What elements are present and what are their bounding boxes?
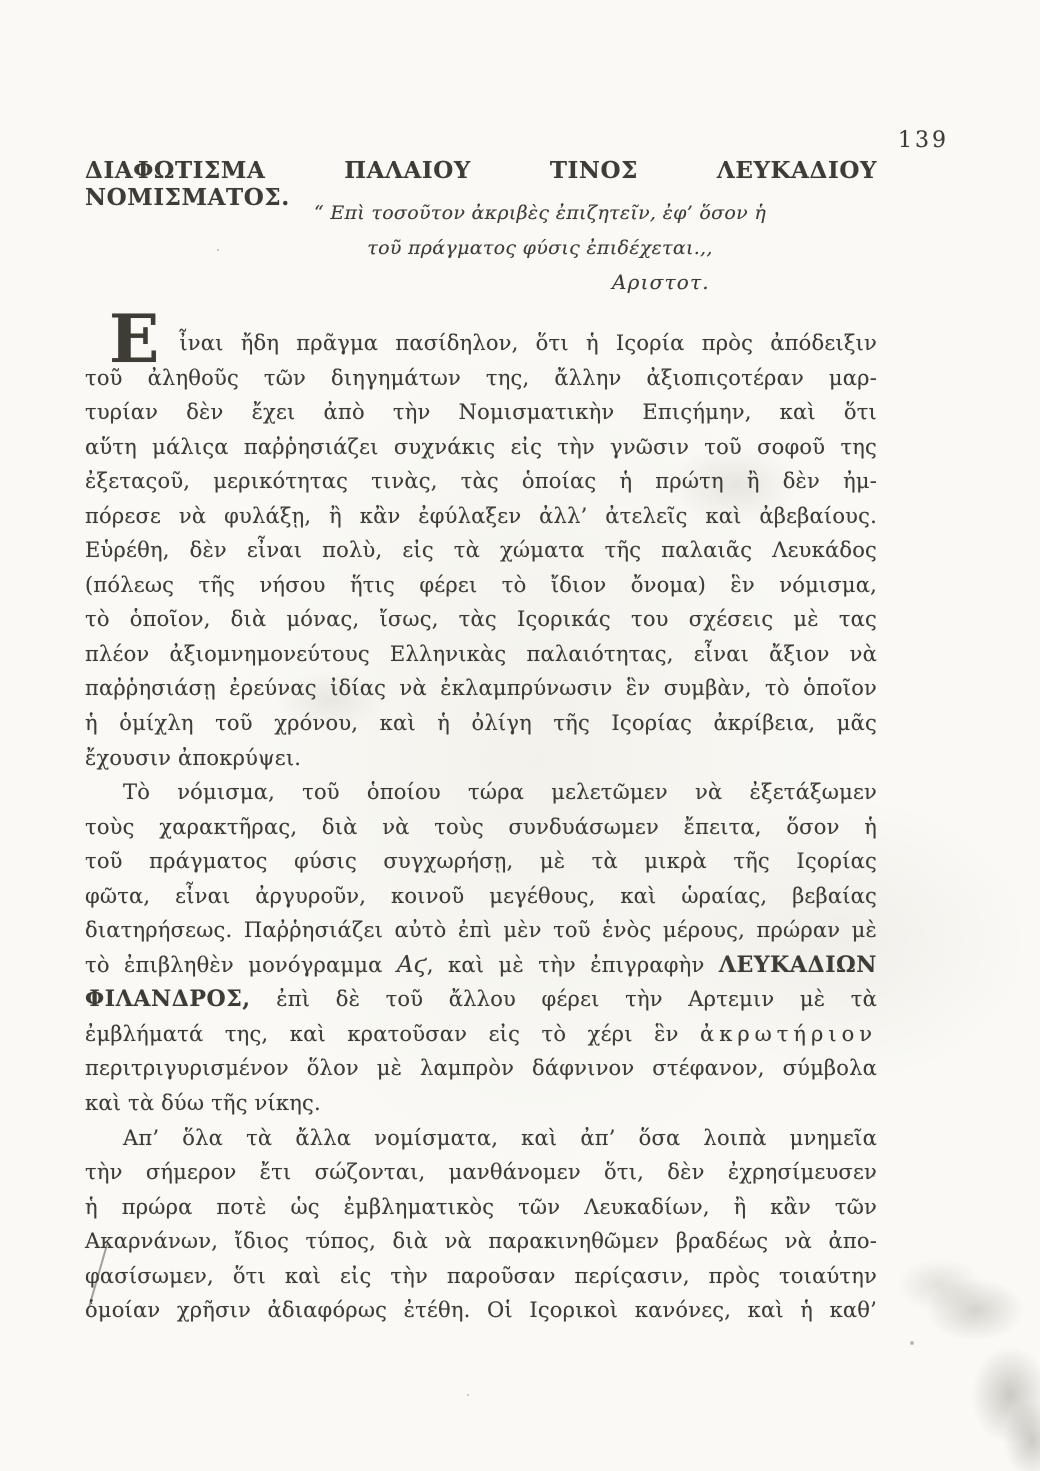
text-line: ΦΙΛΑΝΔΡΟΣ, ἐπὶ δὲ τοῦ ἄλλου φέρει τὴν Αρ… — [85, 982, 877, 1017]
text-line: Απ’ ὅλα τὰ ἄλλα νομίσματα, καὶ ἀπ’ ὅσα λ… — [85, 1121, 877, 1156]
text-segment: τοῦ πράγματος φύσις συγχωρήσῃ, μὲ τὰ μικ… — [85, 849, 877, 873]
text-line: τὸ ἐπιβληθὲν μονόγραμμα Αϛ, καὶ μὲ τὴν ἐ… — [85, 948, 877, 983]
text-line: καὶ τὰ δύω τῆς νίκης. — [85, 1086, 877, 1121]
text-segment: τοὺς χαρακτῆρας, διὰ νὰ τοὺς συνδυάσωμεν… — [85, 815, 877, 839]
text-segment: τοῦ ἀληθοῦς τῶν διηγημάτων της, ἄλλην ἀξ… — [85, 366, 877, 390]
coin-inscription: ΦΙΛΑΝΔΡΟΣ, — [85, 986, 251, 1012]
text-segment: αὕτη μάλιςα παῤῥησιάζει συχνάκις εἰς τὴν… — [85, 435, 877, 459]
text-line: ὁμοίαν χρῆσιν ἀδιαφόρως ἐτέθη. Οἱ Ιςορικ… — [85, 1293, 877, 1328]
text-line: τὸ ὁποῖον, διὰ μόνας, ἴσως, τὰς Ιςορικάς… — [85, 602, 877, 637]
text-line: τυρίαν δὲν ἔχει ἀπὸ τὴν Νομισματικὴν Επι… — [85, 395, 877, 430]
text-segment: Τὸ νόμισμα, τοῦ ὁποίου τώρα μελετῶμεν νὰ… — [123, 780, 877, 804]
text-line: Ακαρνάνων, ἴδιος τύπος, διὰ νὰ παρακινηθ… — [85, 1224, 877, 1259]
text-segment: φῶτα, εἶναι ἀργυροῦν, κοινοῦ μεγέθους, κ… — [85, 884, 877, 908]
text-segment: ἐξεταςοῦ, μερικότητας τινὰς, τὰς ὁποίας … — [85, 469, 877, 493]
text-line: τοῦ πράγματος φύσις συγχωρήσῃ, μὲ τὰ μικ… — [85, 844, 877, 879]
body-text: Εἶναι ἤδη πρᾶγμα πασίδηλον, ὅτι ἡ Ιςορία… — [85, 326, 877, 1328]
text-line: πόρεσε νὰ φυλάξῃ, ἢ κἂν ἐφύλαξεν ἀλλ’ ἀτ… — [85, 499, 877, 534]
text-segment: ἡ πρώρα ποτὲ ὡς ἐμβληματικὸς τῶν Λευκαδί… — [85, 1195, 877, 1219]
text-line: Τὸ νόμισμα, τοῦ ὁποίου τώρα μελετῶμεν νὰ… — [85, 775, 877, 810]
text-segment: ἀκρωτήριον — [700, 1022, 877, 1046]
text-segment: τὸ ἐπιβληθὲν μονόγραμμα — [85, 953, 397, 977]
scanned-book-page: 139 ΔΙΑΦΩΤΙΣΜΑ ΠΑΛΑΙΟΥ ΤΙΝΟΣ ΛΕΥΚΑΔΙΟΥ Ν… — [0, 0, 1040, 1471]
text-segment: Εὑρέθη, δὲν εἶναι πολὺ, εἰς τὰ χώματα τῆ… — [85, 538, 877, 562]
text-line: (πόλεως τῆς νήσου ἥτις φέρει τὸ ἴδιον ὄν… — [85, 568, 877, 603]
text-segment: παῤῥησιάσῃ ἐρεύνας ἰδίας νὰ ἐκλαμπρύνωσι… — [85, 676, 877, 700]
text-line: αὕτη μάλιςα παῤῥησιάζει συχνάκις εἰς τὴν… — [85, 430, 877, 465]
coin-monogram: Αϛ — [397, 952, 427, 978]
text-line: ἡ πρώρα ποτὲ ὡς ἐμβληματικὸς τῶν Λευκαδί… — [85, 1190, 877, 1225]
text-segment: τὸ ὁποῖον, διὰ μόνας, ἴσως, τὰς Ιςορικάς… — [85, 607, 877, 631]
epigraph-line-1: “ Επὶ τοσοῦτον ἀκριβὲς ἐπιζητεῖν, ἐφ’ ὅσ… — [300, 196, 780, 231]
text-line: παῤῥησιάσῃ ἐρεύνας ἰδίας νὰ ἐκλαμπρύνωσι… — [85, 671, 877, 706]
text-segment: διατηρήσεως. Παῤῥησιάζει αὐτὸ ἐπὶ μὲν το… — [85, 918, 877, 942]
text-segment: Ακαρνάνων, ἴδιος τύπος, διὰ νὰ παρακινηθ… — [85, 1229, 877, 1253]
epigraph-line-2: τοῦ πράγματος φύσις ἐπιδέχεται.,, — [300, 231, 780, 266]
text-segment: ἔχουσιν ἀποκρύψει. — [85, 746, 301, 770]
text-segment: περιτριγυρισμένον ὅλον μὲ λαμπρὸν δάφνιν… — [85, 1056, 877, 1080]
text-segment: , καὶ μὲ τὴν ἐπιγραφὴν — [427, 953, 719, 977]
text-line: πλέον ἀξιομνημονεύτους Ελληνικὰς παλαιότ… — [85, 637, 877, 672]
text-line: φασίσωμεν, ὅτι καὶ εἰς τὴν παροῦσαν περί… — [85, 1259, 877, 1294]
paragraph: Τὸ νόμισμα, τοῦ ὁποίου τώρα μελετῶμεν νὰ… — [85, 775, 877, 1120]
text-segment: τὴν σήμερον ἔτι σώζονται, μανθάνομεν ὅτι… — [85, 1160, 877, 1184]
paragraph: Απ’ ὅλα τὰ ἄλλα νομίσματα, καὶ ἀπ’ ὅσα λ… — [85, 1121, 877, 1328]
text-line: ἐμβλήματά της, καὶ κρατοῦσαν εἰς τὸ χέρι… — [85, 1017, 877, 1052]
text-segment: ἡ ὁμίχλη τοῦ χρόνου, καὶ ἡ ὀλίγη τῆς Ιςο… — [85, 711, 877, 735]
epigraph: “ Επὶ τοσοῦτον ἀκριβὲς ἐπιζητεῖν, ἐφ’ ὅσ… — [300, 196, 780, 266]
coin-inscription: ΛΕΥΚΑΔΙΩΝ — [719, 952, 877, 978]
text-line: περιτριγυρισμένον ὅλον μὲ λαμπρὸν δάφνιν… — [85, 1051, 877, 1086]
text-line: ἐξεταςοῦ, μερικότητας τινὰς, τὰς ὁποίας … — [85, 464, 877, 499]
text-line: τοῦ ἀληθοῦς τῶν διηγημάτων της, ἄλλην ἀξ… — [85, 361, 877, 396]
text-line: διατηρήσεως. Παῤῥησιάζει αὐτὸ ἐπὶ μὲν το… — [85, 913, 877, 948]
text-line: ἡ ὁμίχλη τοῦ χρόνου, καὶ ἡ ὀλίγη τῆς Ιςο… — [85, 706, 877, 741]
text-segment: καὶ τὰ δύω τῆς νίκης. — [85, 1091, 321, 1115]
text-segment: φασίσωμεν, ὅτι καὶ εἰς τὴν παροῦσαν περί… — [85, 1264, 877, 1288]
text-segment: ἐπὶ δὲ τοῦ ἄλλου φέρει τὴν Αρτεμιν μὲ τὰ — [251, 987, 877, 1011]
paragraph: Εἶναι ἤδη πρᾶγμα πασίδηλον, ὅτι ἡ Ιςορία… — [85, 326, 877, 775]
text-line: Εὑρέθη, δὲν εἶναι πολὺ, εἰς τὰ χώματα τῆ… — [85, 533, 877, 568]
text-line: τὴν σήμερον ἔτι σώζονται, μανθάνομεν ὅτι… — [85, 1155, 877, 1190]
page-number: 139 — [898, 128, 949, 153]
drop-cap: Ε — [109, 310, 159, 346]
text-segment: ὁμοίαν χρῆσιν ἀδιαφόρως ἐτέθη. Οἱ Ιςορικ… — [85, 1298, 877, 1322]
epigraph-attribution: Αριστοτ. — [612, 270, 710, 294]
text-segment: (πόλεως τῆς νήσου ἥτις φέρει τὸ ἴδιον ὄν… — [85, 573, 877, 597]
text-line: τοὺς χαρακτῆρας, διὰ νὰ τοὺς συνδυάσωμεν… — [85, 810, 877, 845]
text-segment: τυρίαν δὲν ἔχει ἀπὸ τὴν Νομισματικὴν Επι… — [85, 400, 877, 424]
text-line: ἔχουσιν ἀποκρύψει. — [85, 741, 877, 776]
text-segment: Απ’ ὅλα τὰ ἄλλα νομίσματα, καὶ ἀπ’ ὅσα λ… — [123, 1126, 877, 1150]
text-line: φῶτα, εἶναι ἀργυροῦν, κοινοῦ μεγέθους, κ… — [85, 879, 877, 914]
text-segment: πόρεσε νὰ φυλάξῃ, ἢ κἂν ἐφύλαξεν ἀλλ’ ἀτ… — [85, 504, 877, 528]
text-segment: ἐμβλήματά της, καὶ κρατοῦσαν εἰς τὸ χέρι… — [85, 1022, 700, 1046]
text-segment: πλέον ἀξιομνημονεύτους Ελληνικὰς παλαιότ… — [85, 642, 877, 666]
text-segment: ἶναι ἤδη πρᾶγμα πασίδηλον, ὅτι ἡ Ιςορία … — [179, 331, 877, 355]
text-line: ἶναι ἤδη πρᾶγμα πασίδηλον, ὅτι ἡ Ιςορία … — [85, 326, 877, 361]
